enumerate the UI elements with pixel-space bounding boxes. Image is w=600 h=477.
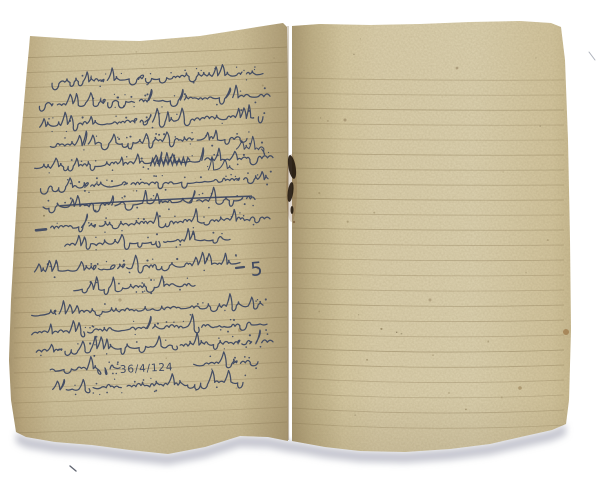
foxing-stain: [429, 299, 432, 302]
notebook-photo-svg: 536/4/124: [0, 0, 600, 477]
item-number-5: 5: [250, 258, 264, 281]
photo-of-open-notebook: 536/4/124: [0, 0, 600, 477]
foxing-stain: [344, 119, 347, 122]
foxing-stain: [456, 67, 459, 70]
margin-dash: [36, 229, 46, 230]
item-number-dash: [236, 267, 244, 268]
background-speck: [70, 466, 76, 471]
foxing-stain: [118, 298, 121, 301]
paper-grain-right: [288, 20, 572, 454]
spine-crease: [288, 26, 289, 440]
foxing-stain: [518, 386, 522, 390]
foxing-stain: [563, 329, 569, 335]
background-speck: [589, 52, 595, 60]
paper-grain-left: [9, 21, 289, 457]
